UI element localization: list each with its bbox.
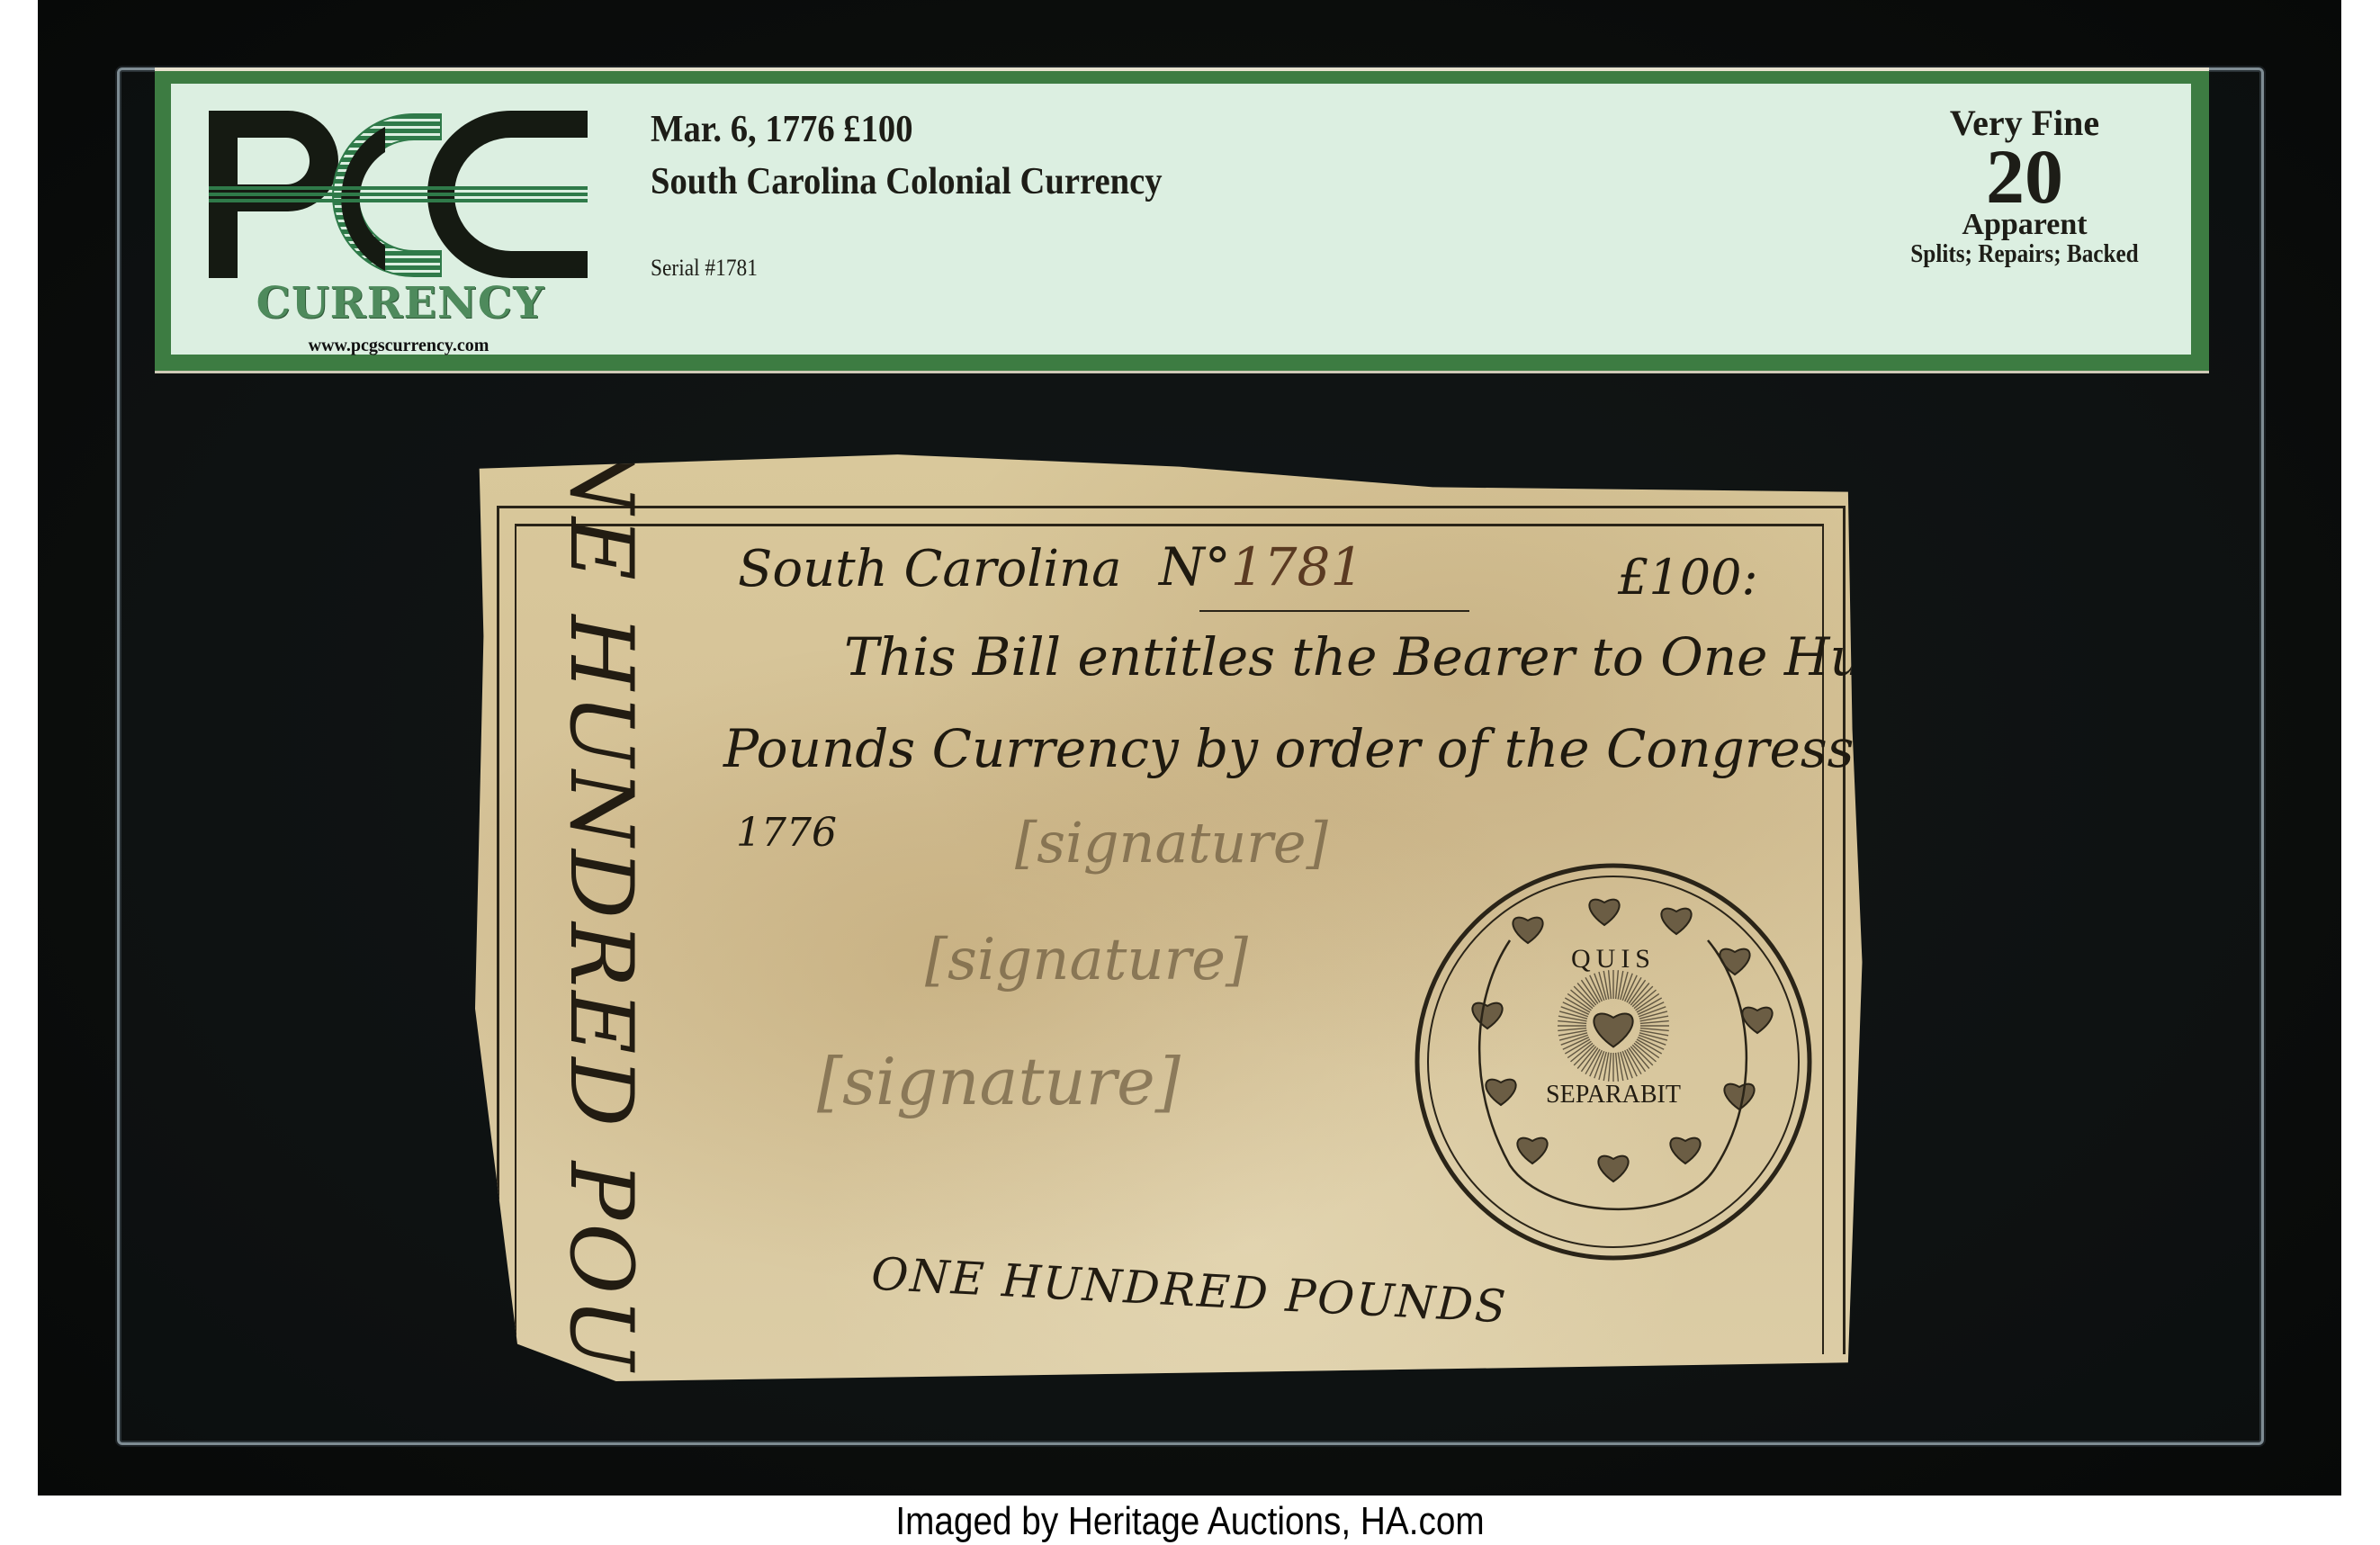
svg-text:TM: TM [569,266,584,279]
label-serial: Serial #1781 [651,255,758,282]
svg-text:QUIS: QUIS [1571,944,1656,974]
logo-url: www.pcgscurrency.com [205,336,592,356]
note-side-panel: ONE HUNDRED POUND [529,549,673,1341]
grade-block: Very Fine 20 Apparent Splits; Repairs; B… [1818,103,2232,269]
signature-1: [signature] [1015,810,1328,876]
note-state: South Carolina [738,540,1122,598]
signature-2: [signature] [925,927,1248,993]
signature-3: [signature] [817,1044,1181,1119]
label-title-line1: Mar. 6, 1776 £100 [651,103,1163,156]
note-number-underline [1199,610,1469,612]
note-denomination: £100: [1618,549,1758,606]
label-title-line2: South Carolina Colonial Currency [651,156,1163,208]
pcgs-logo: TM CURRENCY www.pcgscurrency.com [205,100,592,343]
note-number: N°1781 [1159,536,1363,597]
grade-qualifier: Apparent [1818,210,2232,240]
note-year: 1776 [736,810,837,856]
note-number-prefix: N° [1159,536,1231,597]
pcgs-wordmark-icon: TM [205,100,592,280]
image-credit-caption: Imaged by Heritage Auctions, HA.com [143,1497,2238,1545]
label-title: Mar. 6, 1776 £100 South Carolina Colonia… [651,103,1163,208]
note-number-value: 1781 [1231,536,1364,597]
heart-wreath-icon: QUIS SEPARABIT [1411,859,1816,1264]
grade-number: 20 [1818,143,2232,210]
seal-hearts-emblem: QUIS SEPARABIT [1411,859,1816,1264]
logo-currency-text: CURRENCY [207,278,594,328]
banknote: ONE HUNDRED POUND South Carolina N°1781 … [475,450,1883,1381]
grading-label: TM CURRENCY www.pcgscurrency.com Mar. 6,… [155,67,2209,373]
label-panel: TM CURRENCY www.pcgscurrency.com Mar. 6,… [171,84,2191,355]
svg-text:SEPARABIT: SEPARABIT [1546,1081,1681,1109]
note-side-text: ONE HUNDRED POUND [551,364,651,1526]
grade-notes: Splits; Repairs; Backed [1838,240,2211,269]
note-text-line1: This Bill entitles the Bearer to One Hun… [844,626,2020,687]
